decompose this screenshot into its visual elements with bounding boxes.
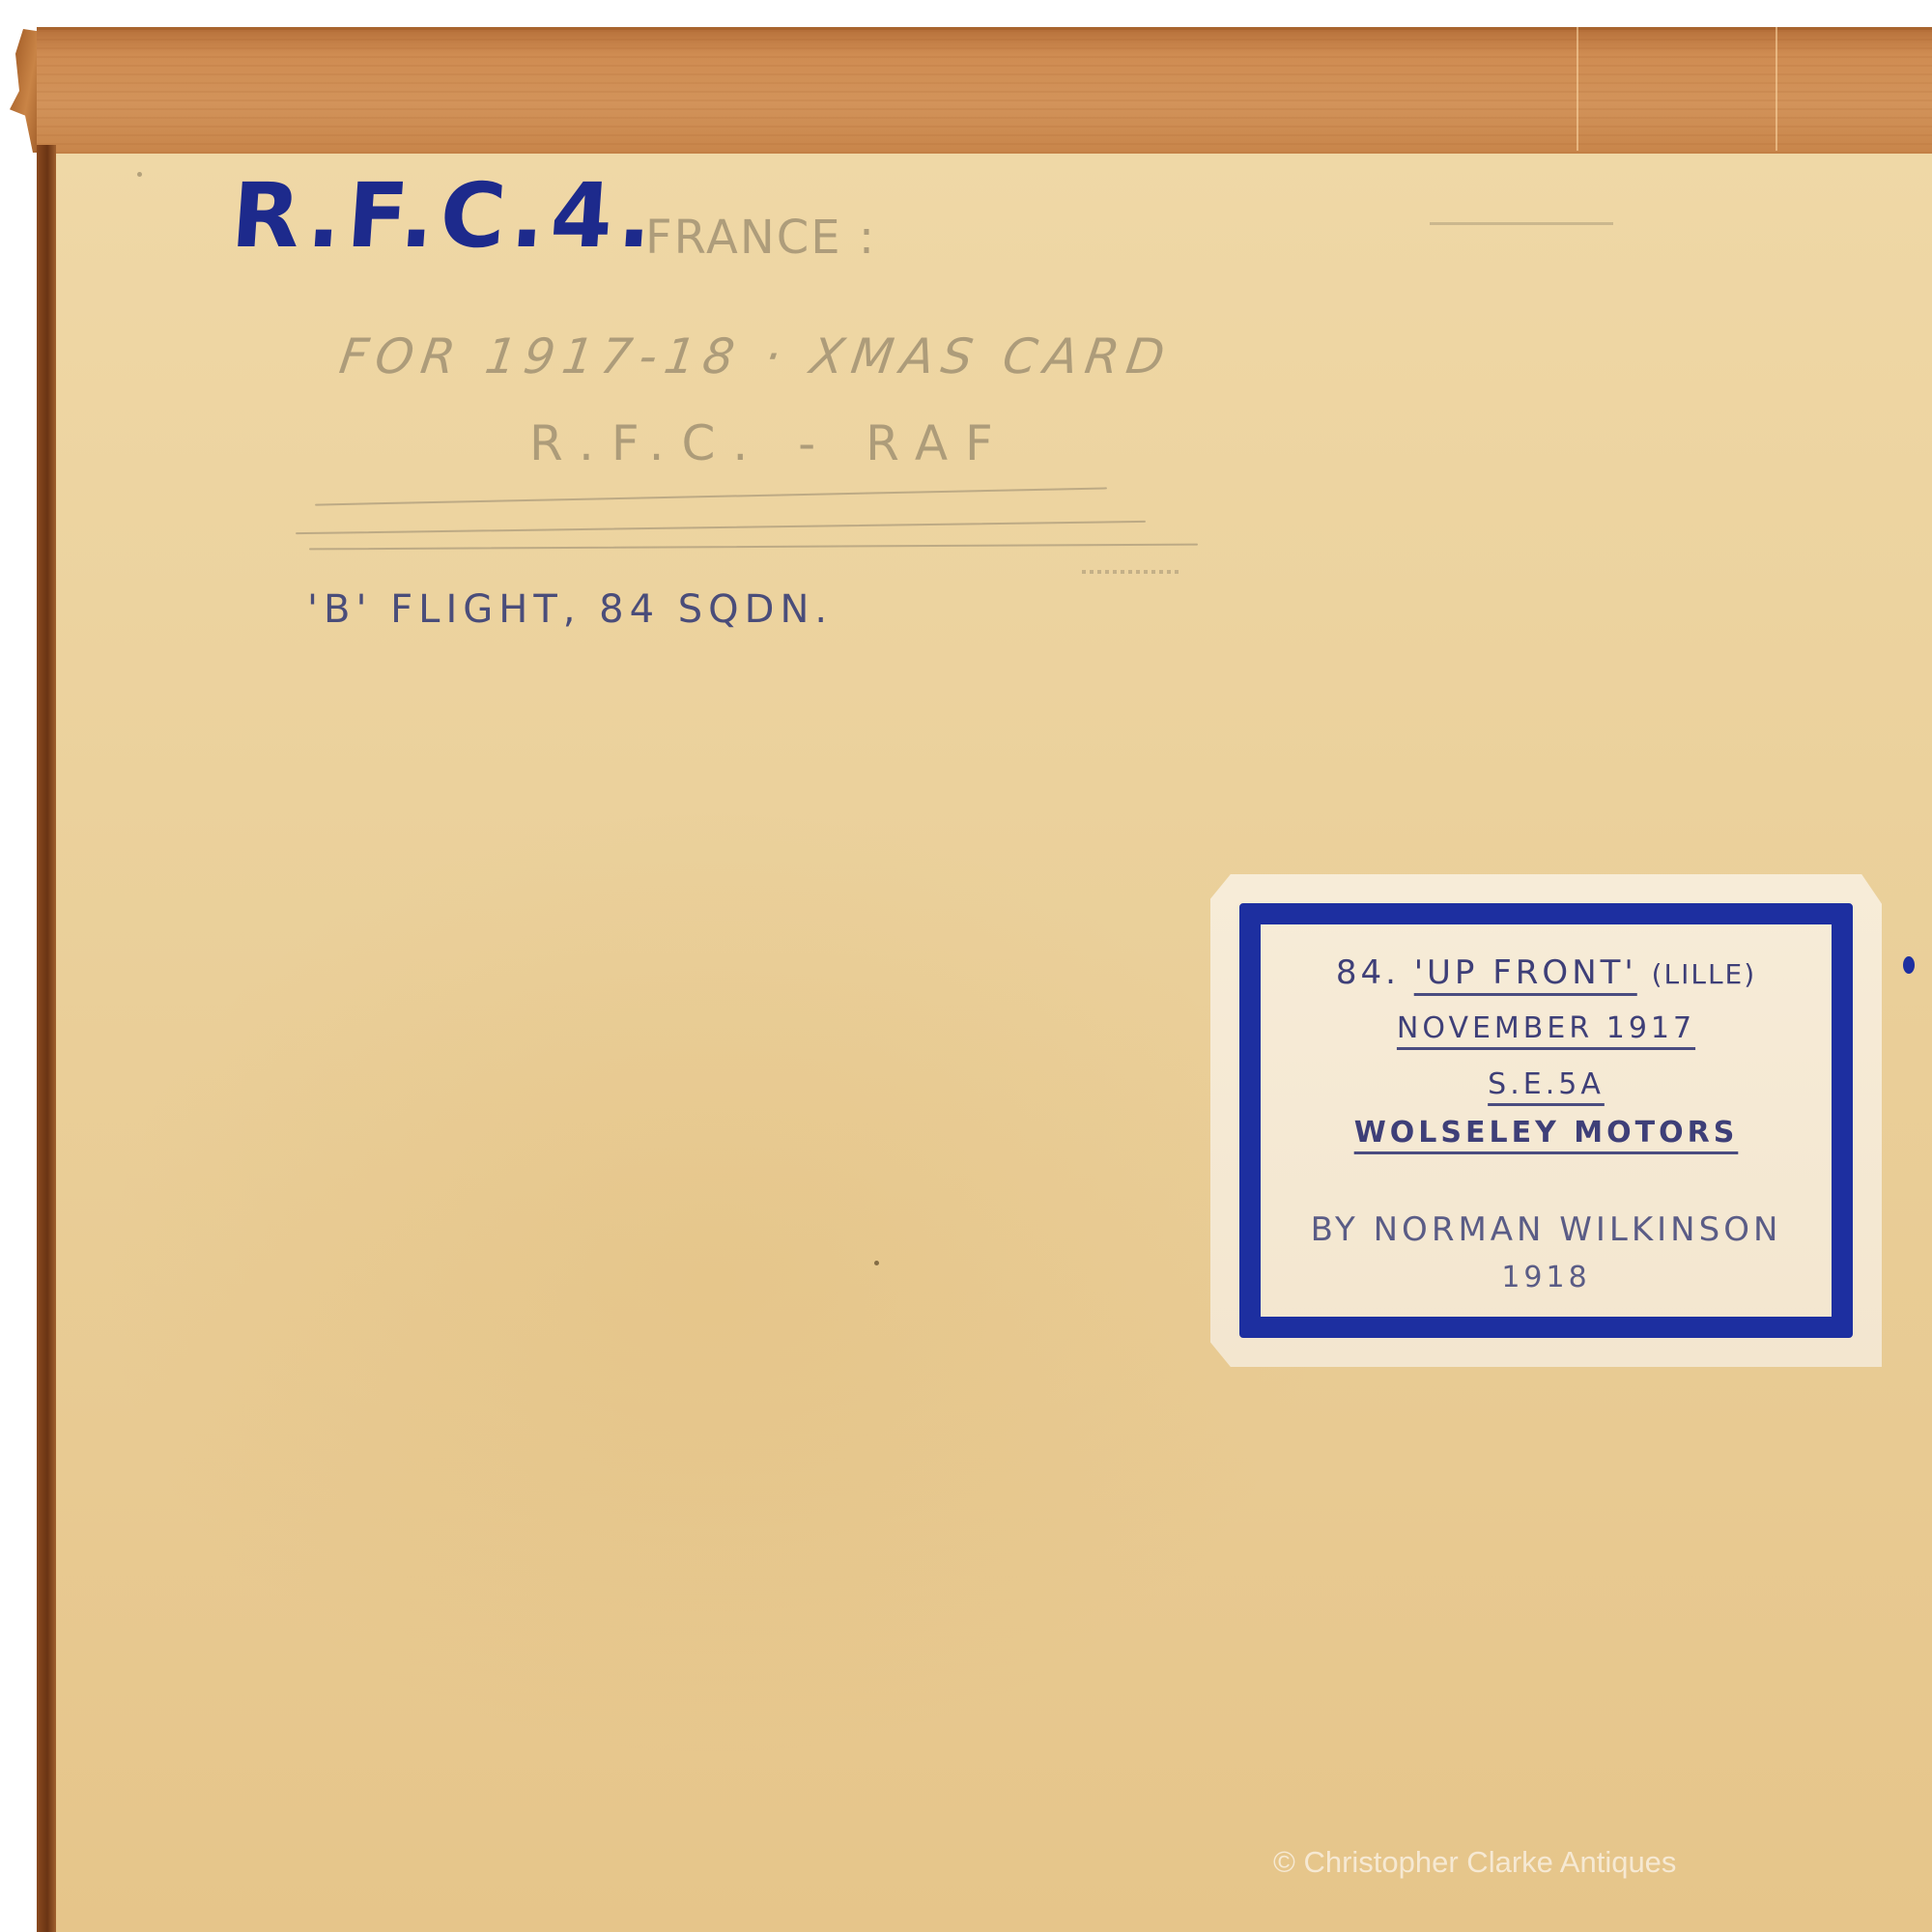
artwork-label: 84. 'UP FRONT' (LILLE) NOVEMBER 1917 S.E… (1210, 874, 1882, 1367)
label-place: (LILLE) (1652, 958, 1757, 990)
faint-pencil-marks (1082, 570, 1179, 574)
ink-blot (1903, 956, 1915, 974)
tape-crease (1776, 27, 1777, 151)
paper-speck (137, 172, 142, 177)
tape-crease (1577, 27, 1578, 151)
label-artist: BY NORMAN WILKINSON (1210, 1210, 1882, 1249)
pencil-location-note: FRANCE : (645, 211, 876, 265)
label-year: 1918 (1210, 1261, 1882, 1294)
marker-heading: R.F.C.4. (228, 164, 662, 268)
label-title: 'UP FRONT' (1414, 953, 1637, 992)
label-title-line: 84. 'UP FRONT' (LILLE) (1210, 953, 1882, 992)
frame-left-edge (37, 145, 56, 1932)
pencil-service-note: R.F.C. - RAF (529, 415, 1010, 471)
copyright-watermark: © Christopher Clarke Antiques (1273, 1845, 1676, 1880)
pencil-purpose-note: FOR 1917-18 · XMAS CARD (336, 328, 1176, 384)
faint-pencil-line (1430, 222, 1613, 225)
brown-tape-strip (37, 27, 1932, 154)
paper-speck (874, 1261, 879, 1265)
label-aircraft: S.E.5A (1210, 1067, 1882, 1101)
label-number: 84. (1336, 953, 1400, 992)
label-date: NOVEMBER 1917 (1210, 1011, 1882, 1045)
pen-unit-note: 'B' FLIGHT, 84 SQDN. (307, 587, 833, 632)
label-maker: WOLSELEY MOTORS (1210, 1116, 1882, 1150)
